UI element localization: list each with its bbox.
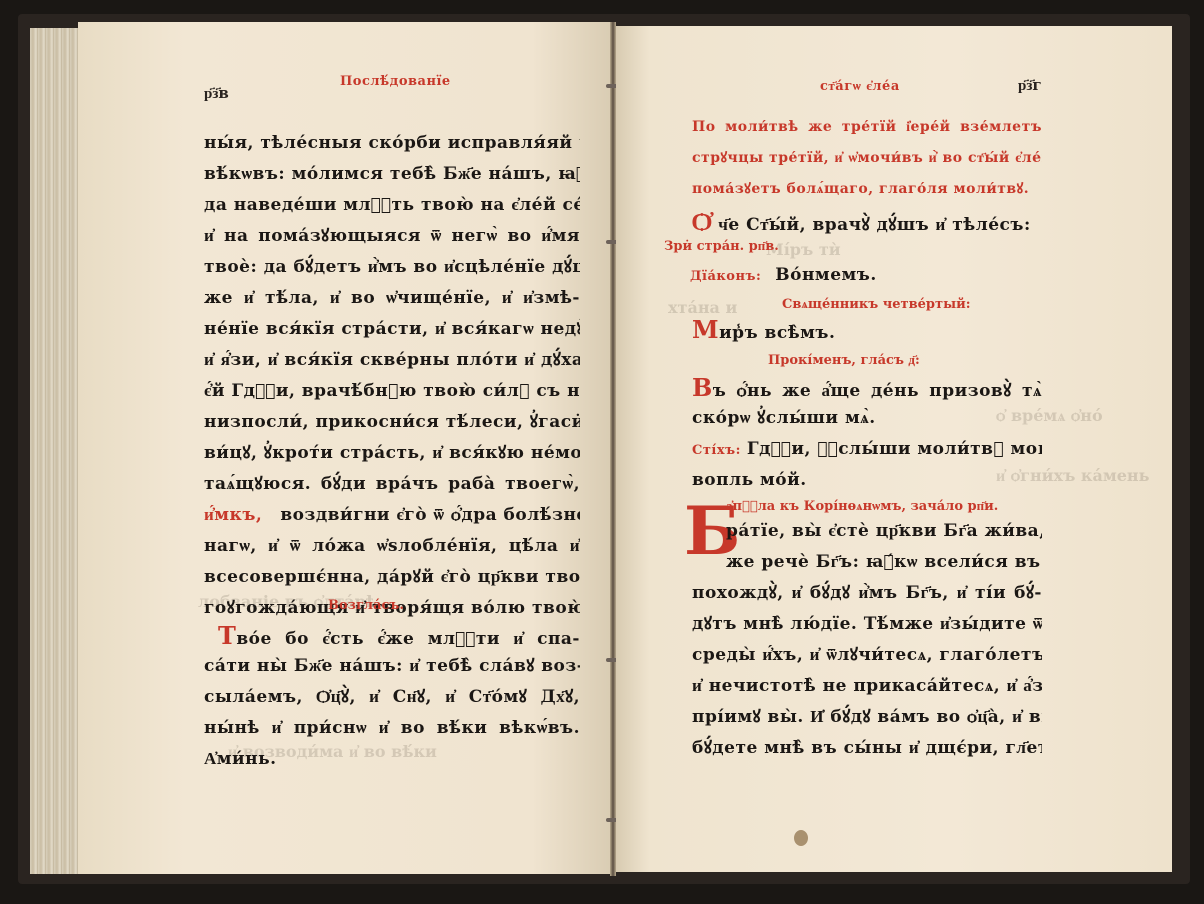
text-line: ны́нѣ и҆ при́снѡ и҆ во вѣ́ки вѣкѡ́въ.	[204, 713, 580, 744]
text-fragment: ч҃е Ст҃ы́й, врачꙋ̀ дꙋ́шъ и҆ тѣле́съ:	[718, 215, 1030, 235]
text-line: А҆ми́нь.	[204, 744, 580, 775]
text-line-with-name: и҆́мкъ,воздви́гни є҆го̀ ѿ ѻ҆́дра болѣ́зн…	[204, 500, 580, 531]
verse-label: Сті́хъ:	[692, 443, 741, 458]
text-line: твоѐ: да бꙋ́детъ и҆̀мъ во и҆сцѣле́нїе дꙋ…	[204, 252, 580, 283]
paper-stain	[794, 830, 808, 846]
text-line: Дїа́конъ:Во́нмемъ.	[690, 260, 877, 291]
text-line: ско́рѡ ꙋ҆слы́ши мѧ̀.	[692, 403, 1042, 434]
text-line: бꙋ́дете мнѣ̀ въ сы́ны и҆ дщє́ри, гл҃етъ	[692, 733, 1042, 764]
drop-cap: М	[692, 315, 719, 344]
text-line: ны́я, тѣле́сныя ско́рби исправля́яй чело…	[204, 128, 580, 159]
prokeimenon-heading: Прокі́менъ, гла́съ д҃:	[768, 352, 920, 368]
text-line: низпосли́, прикосни́ся тѣ́леси, ꙋ҆гаси̇ …	[204, 407, 580, 438]
text-line: Сті́хъ:Гдⷭ҇и, ꙋ҆слы́ши моли́твꙋ мою̀ и҆	[692, 434, 1042, 465]
fourth-priest-label: Свѧще́нникъ четве́ртый:	[782, 296, 971, 312]
left-body-text: ны́я, тѣле́сныя ско́рби исправля́яй чело…	[204, 128, 580, 624]
rubric-line: стрꙋчцы тре́тїй, и҆ ѡ҆мочи́въ и҆̀ во ст҃…	[692, 143, 1042, 174]
text-fragment: воздви́гни є҆го̀ ѿ ѻ҆́дра болѣ́знен-	[280, 505, 580, 525]
text-line: таѧ́щꙋюся. бꙋ́ди вра́чъ раба̀ твоегѡ̀,	[204, 469, 580, 500]
epistle-heading: а҆пⷭ҇ла къ Корі́нѳѧнѡмъ, зача́ло рп҃и.	[726, 498, 998, 514]
text-fragment: ир̾ъ всѣ̀мъ.	[719, 323, 835, 343]
text-line: и҆ нечистотѣ̀ не прикаса́йтесѧ, и҆ а҆́зъ	[692, 671, 1042, 702]
text-line: вопль мо́й.	[692, 465, 1042, 496]
text-line: прі́имꙋ вы̀. И҆ бꙋ́дꙋ ва́мъ во ѻ҆ц҃а̀, и…	[692, 702, 1042, 733]
text-line: нагѡ, и҆ ѿ ло́жа ѡ҆ѕлобле́нїя, цѣ́ла и҆	[204, 531, 580, 562]
text-line: же и҆ тѣ́ла, и҆ во ѡ҆чище́нїе, и҆ и҆змѣ-	[204, 283, 580, 314]
text-line: же речѐ Бг҃ъ: ꙗ҆́кѡ всели́ся въ ни́хъ и҆	[726, 547, 1042, 578]
epistle-text: похождꙋ̀, и҆ бꙋ́дꙋ и҆̀мъ Бг҃ъ, и҆ ті́и б…	[692, 578, 1042, 764]
text-fragment: ъ ѻ҆́нь же а҆́ще де́нь призовꙋ̀ тѧ̀	[713, 381, 1042, 401]
drop-cap: Т	[218, 621, 236, 650]
rubric-line: По моли́твѣ же тре́тїй і҆ере́й взе́млетъ	[692, 112, 1042, 143]
text-line: не́нїе вся́кїя стра́сти, и҆ вся́кагѡ нед…	[204, 314, 580, 345]
running-head-left: Послѣ́дованїе	[340, 74, 451, 89]
text-line: Въ ѻ҆́нь же а҆́ще де́нь призовꙋ̀ тѧ̀	[692, 372, 1042, 403]
text-line: сыла́емъ, Ѻ҆ц҃ꙋ̀, и҆ Сн҃ꙋ, и҆ Ст҃о́мꙋ Дх…	[204, 682, 580, 713]
name-rubric: и҆́мкъ,	[204, 505, 262, 525]
priest-prayer: Ѻ҆ч҃е Ст҃ы́й, врачꙋ̀ дꙋ́шъ и҆ тѣле́съ:	[692, 206, 1042, 237]
text-line: да наведе́ши млⷭ҇ть твою̀ на є҆ле́й се́й…	[204, 190, 580, 221]
drop-cap: Ѻ҆	[692, 207, 712, 236]
cross-reference: Зри̇ стра́н. рп҃в.	[664, 238, 779, 254]
exclamation-text-cont: са́ти ны̀ Бж҃е на́шъ: и҆ тебѣ̀ сла́вꙋ во…	[204, 651, 580, 775]
text-line: всесовершє́нна, да́рꙋй є҆го̀ цр҃кви твое…	[204, 562, 580, 593]
prokeimenon-text: Въ ѻ҆́нь же а҆́ще де́нь призовꙋ̀ тѧ̀ ско…	[692, 372, 1042, 496]
text-line: и҆ я҆́зи, и҆ вся́кїя скве́рны пло́ти и҆ …	[204, 345, 580, 376]
text-line: Ѻ҆ч҃е Ст҃ы́й, врачꙋ̀ дꙋ́шъ и҆ тѣле́съ:	[692, 206, 1042, 237]
right-page: Мі́ръ тѝ хта́на и ѻ҆ вре́мѧ ѻ҆но́ и҆ ѻ҆г…	[616, 26, 1172, 872]
text-line: вѣ́кѡвъ: мо́лимся тебѣ̀ Бж҃е на́шъ, ꙗ҆́к…	[204, 159, 580, 190]
folio-number-left: р҃з҃в	[204, 84, 229, 103]
folio-number-right: р҃з҃г	[1018, 76, 1042, 95]
section-heading-exclamation: Возгла́съ.	[328, 598, 404, 613]
text-line: Мир̾ъ всѣ̀мъ.	[692, 314, 835, 345]
drop-cap: В	[692, 373, 713, 402]
deacon-label: Дїа́конъ:	[690, 269, 761, 284]
rubric-instructions: По моли́твѣ же тре́тїй і҆ере́й взе́млетъ…	[692, 112, 1042, 205]
text-line: дꙋтъ мнѣ̀ лю́дїе. Тѣ́мже и҆зы́дите ѿ	[692, 609, 1042, 640]
text-line: и҆ на пома́зꙋющыяся ѿ негѡ̀ во и҆́мя	[204, 221, 580, 252]
text-line: Тво́е бо є҆́сть є҆́же млⷭ҇ти и҆ спа-	[218, 620, 580, 651]
exclamation-text: Тво́е бо є҆́сть є҆́же млⷭ҇ти и҆ спа-	[218, 620, 580, 651]
text-line: са́ти ны̀ Бж҃е на́шъ: и҆ тебѣ̀ сла́вꙋ во…	[204, 651, 580, 682]
running-head-right: ст҃а́гѡ є҆ле́а	[820, 78, 900, 94]
text-fragment: во́е бо є҆́сть є҆́же млⷭ҇ти и҆ спа-	[236, 629, 580, 649]
epistle-text-indented: ра́тїе, вы̀ є҆стѐ цр҃кви Бг҃а жи́ва, ꙗ҆́…	[726, 516, 1042, 578]
deacon-line: Дїа́конъ:Во́нмемъ.	[690, 260, 877, 291]
text-line: похождꙋ̀, и҆ бꙋ́дꙋ и҆̀мъ Бг҃ъ, и҆ ті́и б…	[692, 578, 1042, 609]
left-page: лобзаніе въ ѻ҆лта́рѣ и҆ возводи́ма и҆ во…	[78, 22, 612, 874]
text-line: ви́цꙋ, ꙋ҆крот́и стра́сть, и҆ вся́кꙋю не́…	[204, 438, 580, 469]
text-line: среды̀ и҆́хъ, и҆ ѿлꙋчи́тесѧ, глаго́летъ …	[692, 640, 1042, 671]
peace-line: Мир̾ъ всѣ̀мъ.	[692, 314, 835, 345]
page-edges-left	[30, 28, 84, 874]
text-fragment: Гдⷭ҇и, ꙋ҆слы́ши моли́твꙋ мою̀ и҆	[747, 439, 1042, 459]
rubric-line: пома́зꙋетъ болѧ́щаго, глаго́ля моли́твꙋ.	[692, 174, 1042, 205]
text-line: є҆́й Гдⷭ҇и, врачѣ́бнꙋю твою̀ си́лꙋ съ нб…	[204, 376, 580, 407]
text-fragment: Во́нмемъ.	[775, 265, 876, 285]
text-line: ра́тїе, вы̀ є҆стѐ цр҃кви Бг҃а жи́ва, ꙗ҆́…	[726, 516, 1042, 547]
